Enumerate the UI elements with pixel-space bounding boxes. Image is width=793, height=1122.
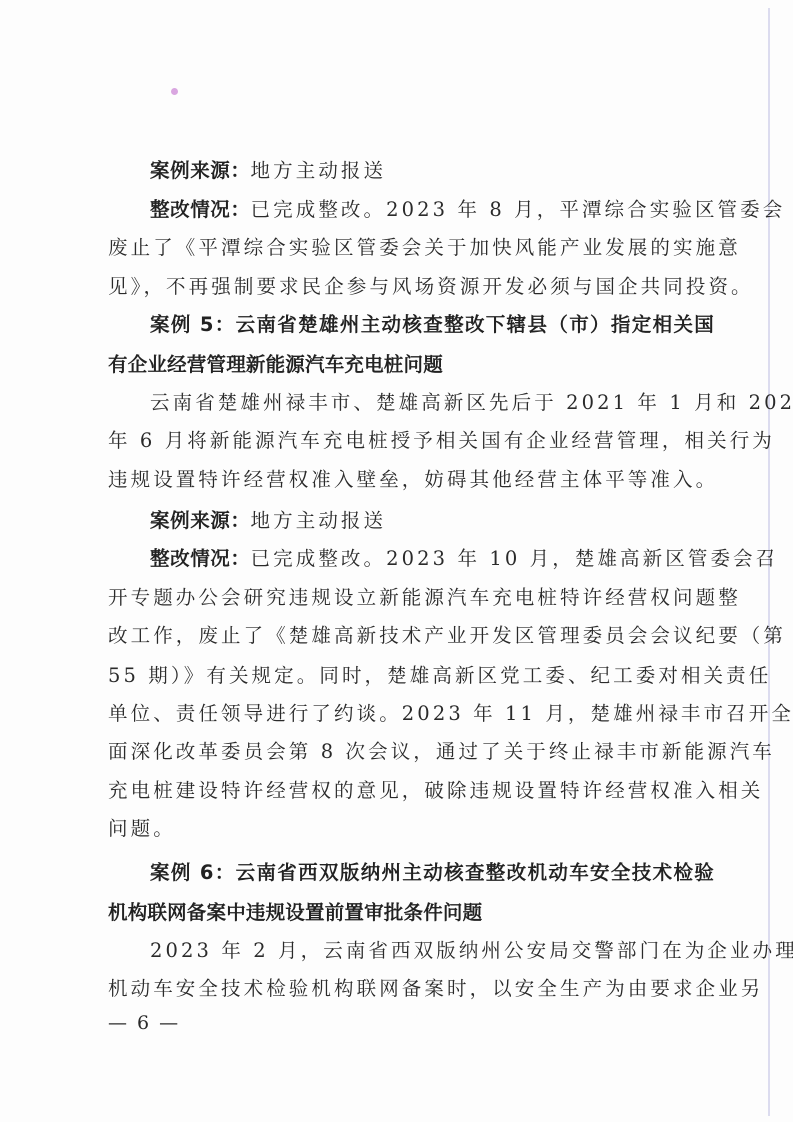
body-line: 单位、责任领导进行了约谈。2023 年 11 月，楚雄州禄丰市召开全 (108, 701, 714, 727)
body-line: 违规设置特许经营权准入壁垒，妨碍其他经营主体平等准入。 (108, 467, 714, 493)
status-line: 整改情况：已完成整改。2023 年 10 月，楚雄高新区管委会召 (150, 546, 714, 572)
source-label: 案例来源： (150, 159, 251, 182)
stray-mark (171, 88, 178, 95)
status-text: 已完成整改。2023 年 8 月，平潭综合实验区管委会 (251, 198, 786, 221)
status-line: 整改情况：已完成整改。2023 年 8 月，平潭综合实验区管委会 (150, 197, 714, 223)
source-label: 案例来源： (150, 509, 251, 532)
body-line: 年 6 月将新能源汽车充电桩授予相关国有企业经营管理，相关行为 (108, 428, 714, 454)
case6-title: 案例 6：云南省西双版纳州主动核查整改机动车安全技术检验 (150, 860, 714, 886)
source-line: 案例来源：地方主动报送 (150, 158, 714, 184)
status-text: 已完成整改。2023 年 10 月，楚雄高新区管委会召 (251, 547, 779, 570)
body-line: 废止了《平潭综合实验区管委会关于加快风能产业发展的实施意 (108, 235, 714, 261)
case5-title-cont: 有企业经营管理新能源汽车充电桩问题 (108, 352, 714, 378)
body-line: 面深化改革委员会第 8 次会议，通过了关于终止禄丰市新能源汽车 (108, 739, 714, 765)
body-line: 云南省楚雄州禄丰市、楚雄高新区先后于 2021 年 1 月和 2023 (150, 390, 714, 416)
body-line: 见》，不再强制要求民企参与风场资源开发必须与国企共同投资。 (108, 274, 714, 300)
source-text: 地方主动报送 (251, 159, 387, 182)
body-line: 机动车安全技术检验机构联网备案时，以安全生产为由要求企业另 (108, 976, 714, 1002)
status-label: 整改情况： (150, 198, 251, 221)
body-line: 改工作，废止了《楚雄高新技术产业开发区管理委员会会议纪要（第 (108, 623, 714, 649)
status-label: 整改情况： (150, 547, 251, 570)
body-line: 55 期）》有关规定。同时，楚雄高新区党工委、纪工委对相关责任 (108, 663, 714, 689)
body-line: 问题。 (108, 816, 714, 842)
source-line: 案例来源：地方主动报送 (150, 508, 714, 534)
source-text: 地方主动报送 (251, 509, 387, 532)
body-line: 充电桩建设特许经营权的意见，破除违规设置特许经营权准入相关 (108, 778, 714, 804)
case6-title-cont: 机构联网备案中违规设置前置审批条件问题 (108, 900, 714, 926)
body-line: 开专题办公会研究违规设立新能源汽车充电桩特许经营权问题整 (108, 585, 714, 611)
body-line: 2023 年 2 月，云南省西双版纳州公安局交警部门在为企业办理 (150, 938, 714, 964)
page-number: — 6 — (108, 1011, 180, 1035)
document-page: 案例来源：地方主动报送 整改情况：已完成整改。2023 年 8 月，平潭综合实验… (0, 0, 793, 1122)
case5-title: 案例 5：云南省楚雄州主动核查整改下辖县（市）指定相关国 (150, 312, 714, 338)
